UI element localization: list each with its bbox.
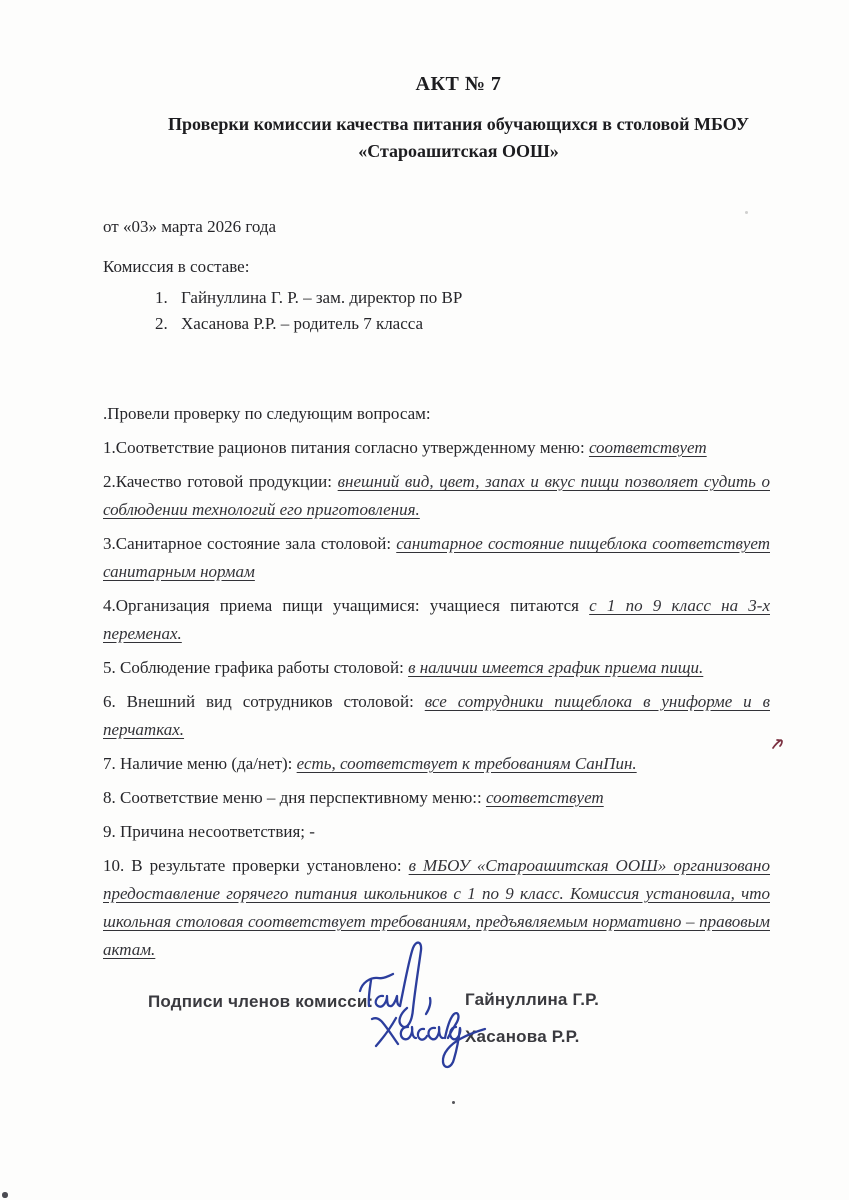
document-header: АКТ № 7 Проверки комиссии качества питан… [125,73,792,165]
scan-artifact-faint-dot [745,211,748,214]
scan-artifact-dot [452,1101,455,1104]
ink-speck-icon [770,737,786,753]
intro-line: .Провели проверку по следующим вопросам: [103,400,770,428]
checklist-item-7: 7. Наличие меню (да/нет): есть, соответс… [103,750,770,778]
scan-artifact-corner [2,1192,8,1198]
checklist-item-6: 6. Внешний вид сотрудников столовой: все… [103,688,770,744]
commission-member: 1.Гайнуллина Г. Р. – зам. директор по ВР [155,289,770,307]
item-question: 8. Соответствие меню – дня перспективном… [103,788,486,807]
checklist-item-4: 4.Организация приема пищи учащимися: уча… [103,592,770,648]
document-content: АКТ № 7 Проверки комиссии качества питан… [103,0,770,1120]
handwritten-signatures-icon [352,935,502,1075]
checklist-item-5: 5. Соблюдение графика работы столовой: в… [103,654,770,682]
checklist-item-9: 9. Причина несоответствия; - [103,818,770,846]
item-question: 1.Соответствие рационов питания согласно… [103,438,589,457]
signatures-label: Подписи членов комисси: [148,992,373,1012]
act-title: АКТ № 7 [125,73,792,96]
act-subtitle: Проверки комиссии качества питания обуча… [164,111,754,165]
date-line: от «03» марта 2026 года [103,213,770,241]
checklist-item-3: 3.Санитарное состояние зала столовой: са… [103,530,770,586]
checklist-item-2: 2.Качество готовой продукции: внешний ви… [103,468,770,524]
commission-heading: Комиссия в составе: [103,253,770,281]
member-text: Хасанова Р.Р. – родитель 7 класса [181,314,423,333]
member-text: Гайнуллина Г. Р. – зам. директор по ВР [181,288,462,307]
document-page: АКТ № 7 Проверки комиссии качества питан… [0,0,849,1200]
checklist-item-1: 1.Соответствие рационов питания согласно… [103,434,770,462]
checklist-item-8: 8. Соответствие меню – дня перспективном… [103,784,770,812]
item-answer: есть, соответствует к требованиям СанПин… [297,754,637,773]
item-answer: соответствует [486,788,604,807]
item-question: 10. В результате проверки установлено: [103,856,409,875]
item-question: 2.Качество готовой продукции: [103,472,338,491]
item-question: 6. Внешний вид сотрудников столовой: [103,692,425,711]
commission-member: 2.Хасанова Р.Р. – родитель 7 класса [155,315,770,333]
item-question: 9. Причина несоответствия; - [103,822,315,841]
item-question: 4.Организация приема пищи учащимися: уча… [103,596,589,615]
item-answer: соответствует [589,438,707,457]
item-question: 7. Наличие меню (да/нет): [103,754,297,773]
signatures-section: Подписи членов комисси: Гайнуллина Г.Р. … [103,990,770,1120]
member-number: 2. [155,315,181,333]
item-question: 5. Соблюдение графика работы столовой: [103,658,408,677]
item-answer: в наличии имеется график приема пищи. [408,658,703,677]
item-question: 3.Санитарное состояние зала столовой: [103,534,396,553]
member-number: 1. [155,289,181,307]
